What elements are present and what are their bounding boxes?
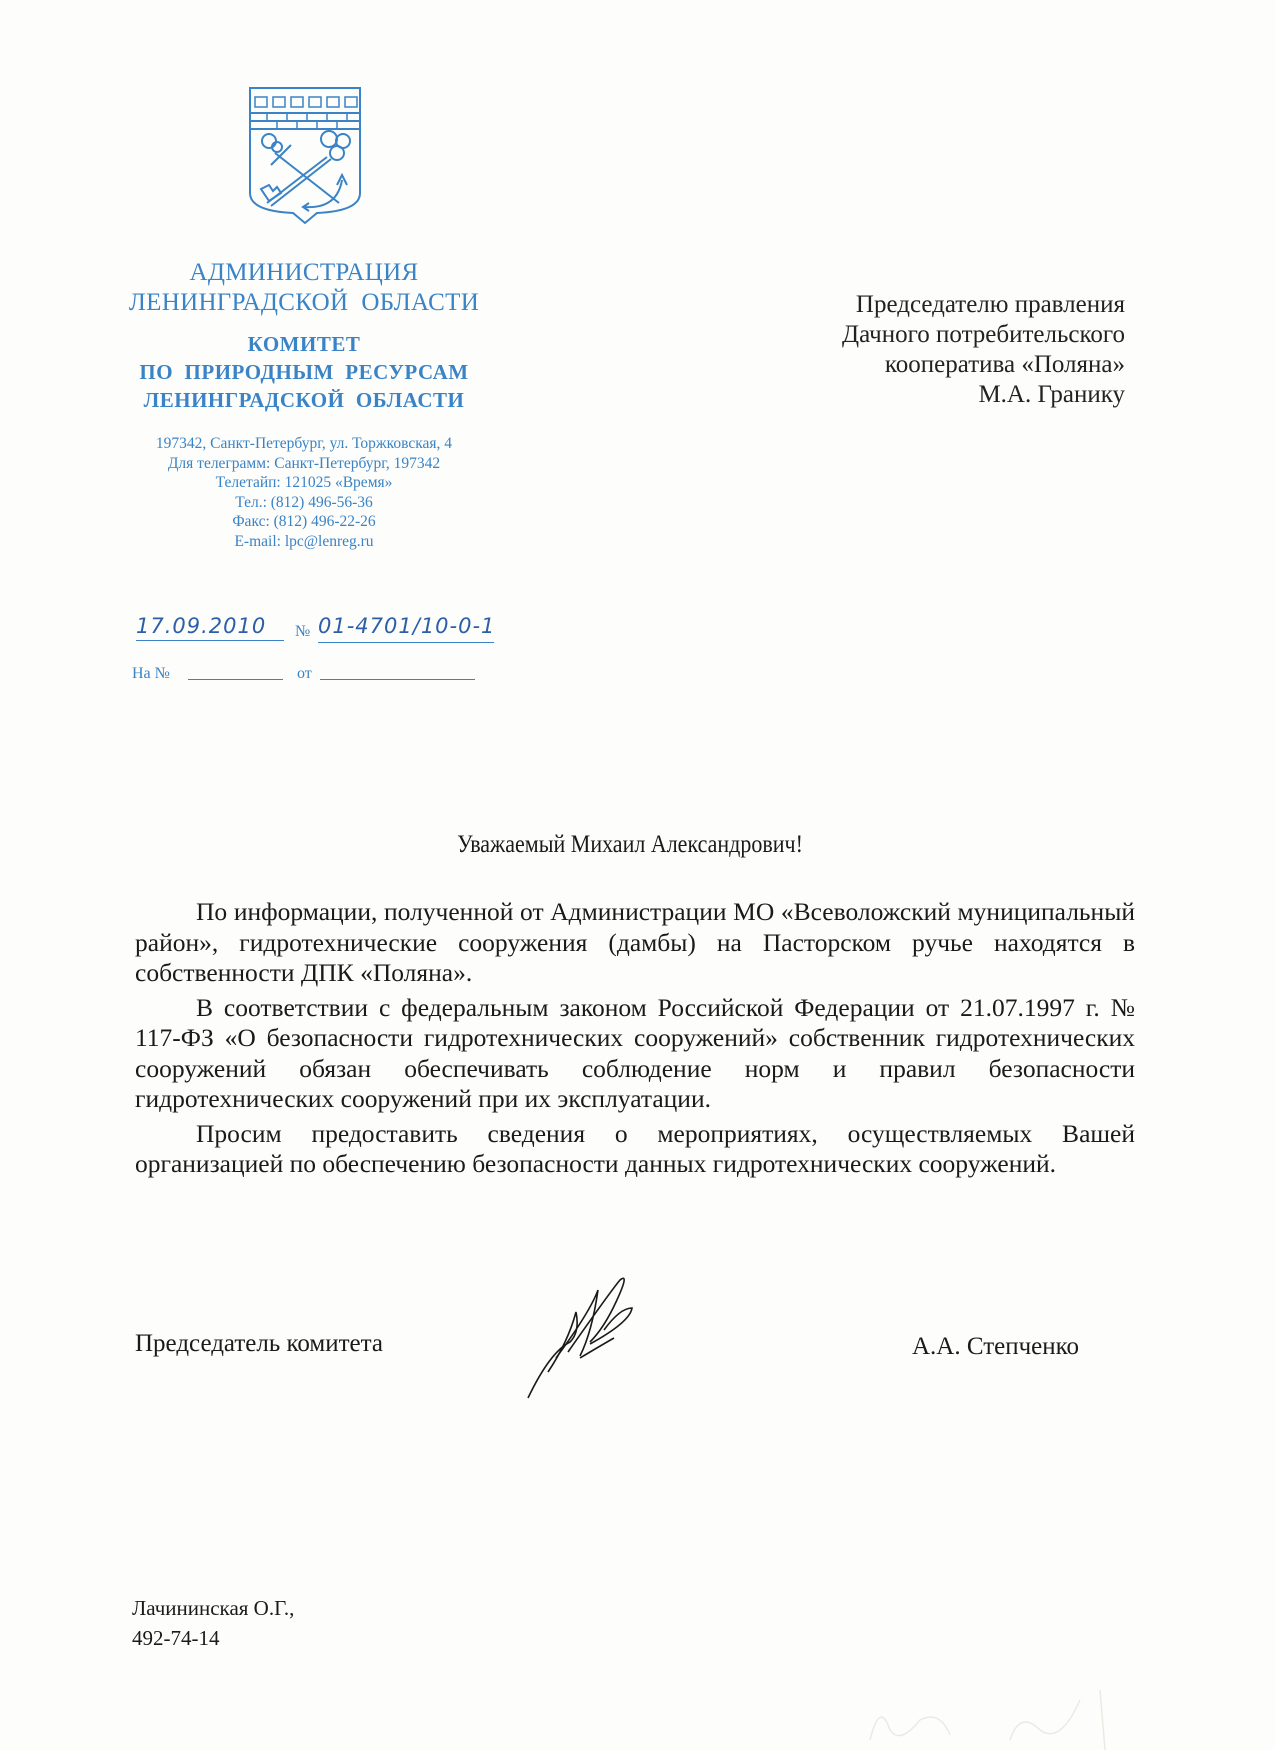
addressee-line-2: Дачного потребительского: [842, 320, 1125, 350]
executor-phone: 492-74-14: [132, 1623, 294, 1653]
registration-number-label: №: [295, 623, 310, 641]
teletype: Телетайп: 121025 «Время»: [120, 473, 488, 493]
email: E-mail: lpc@lenreg.ru: [120, 532, 488, 552]
telegram-address: Для телеграмм: Санкт-Петербург, 197342: [120, 454, 488, 474]
reply-reference-row: На № от: [132, 665, 572, 687]
registration-number: 01-4701/10-0-1: [318, 614, 588, 640]
bleed-through-mark: [860, 1690, 1120, 1750]
committee-line-3: ЛЕНИНГРАДСКОЙ ОБЛАСТИ: [120, 386, 488, 414]
letterhead-contacts: 197342, Санкт-Петербург, ул. Торжковская…: [120, 434, 488, 551]
admin-line-2: ЛЕНИНГРАДСКОЙ ОБЛАСТИ: [120, 288, 488, 318]
paragraph-3: Просим предоставить сведения о мероприят…: [135, 1119, 1135, 1180]
handwritten-signature-icon: [520, 1272, 670, 1402]
registration-number-underline: [318, 642, 494, 643]
letterhead-administration: АДМИНИСТРАЦИЯ ЛЕНИНГРАДСКОЙ ОБЛАСТИ: [120, 258, 488, 318]
registration-date: 17.09.2010: [136, 614, 284, 641]
committee-line-1: КОМИТЕТ: [120, 330, 488, 358]
executor-block: Лачининская О.Г., 492-74-14: [132, 1593, 294, 1653]
phone: Тел.: (812) 496-56-36: [120, 493, 488, 513]
addressee-line-4: М.А. Гранику: [842, 380, 1125, 410]
executor-name: Лачининская О.Г.,: [132, 1593, 294, 1623]
addressee-block: Председателю правления Дачного потребите…: [842, 290, 1125, 410]
paragraph-2: В соответствии с федеральным законом Рос…: [135, 993, 1135, 1115]
salutation: Уважаемый Михаил Александрович!: [190, 831, 1070, 859]
addressee-line-1: Председателю правления: [842, 290, 1125, 320]
registration-row: 17.09.2010 № 01-4701/10-0-1: [132, 614, 572, 644]
reply-from-label: от: [297, 665, 312, 683]
fax: Факс: (812) 496-22-26: [120, 512, 488, 532]
paragraph-1: По информации, полученной от Администрац…: [135, 897, 1135, 989]
reply-from-blank: [320, 679, 475, 680]
reply-to-number-label: На №: [132, 665, 170, 683]
letter-body: По информации, полученной от Администрац…: [135, 897, 1135, 1180]
signatory-title: Председатель комитета: [135, 1330, 383, 1358]
addressee-line-3: кооператива «Поляна»: [842, 350, 1125, 380]
letterhead-committee: КОМИТЕТ ПО ПРИРОДНЫМ РЕСУРСАМ ЛЕНИНГРАДС…: [120, 330, 488, 414]
admin-line-1: АДМИНИСТРАЦИЯ: [120, 258, 488, 288]
address: 197342, Санкт-Петербург, ул. Торжковская…: [120, 434, 488, 454]
committee-line-2: ПО ПРИРОДНЫМ РЕСУРСАМ: [120, 358, 488, 386]
signatory-name: А.А. Степченко: [912, 1333, 1079, 1361]
reply-to-number-blank: [188, 679, 283, 680]
coat-of-arms-icon: [247, 85, 363, 225]
